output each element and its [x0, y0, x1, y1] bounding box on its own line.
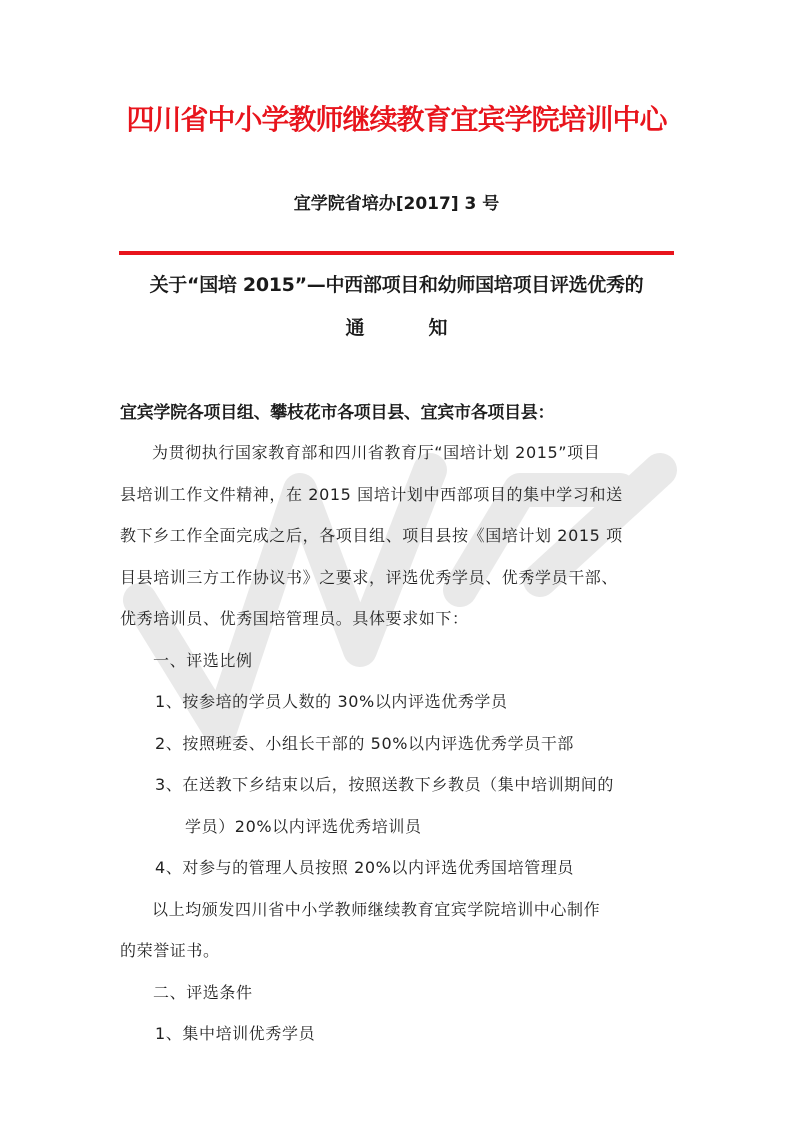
document-number: 宜学院省培办[2017] 3 号: [0, 189, 793, 214]
notice-title-char-2: 知: [429, 313, 448, 340]
list-item: 4、对参与的管理人员按照 20%以内评选优秀国培管理员: [155, 855, 574, 878]
list-item: 1、集中培训优秀学员: [155, 1021, 315, 1044]
paragraph-line: 以上均颁发四川省中小学教师继续教育宜宾学院培训中心制作: [152, 897, 600, 920]
paragraph-line: 目县培训三方工作协议书》之要求，评选优秀学员、优秀学员干部、: [120, 565, 618, 588]
organization-title: 四川省中小学教师继续教育宜宾学院培训中心: [0, 98, 793, 138]
paragraph-line: 的荣誉证书。: [120, 938, 220, 961]
paragraph-line: 县培训工作文件精神，在 2015 国培计划中西部项目的集中学习和送: [120, 482, 623, 505]
paragraph-line: 教下乡工作全面完成之后，各项目组、项目县按《国培计划 2015 项: [120, 523, 623, 546]
list-item: 1、按参培的学员人数的 30%以内评选优秀学员: [155, 689, 508, 712]
section-heading: 一、评选比例: [153, 648, 253, 671]
list-item: 3、在送教下乡结束以后，按照送教下乡教员（集中培训期间的: [155, 772, 614, 795]
paragraph-line: 为贯彻执行国家教育部和四川省教育厅“国培计划 2015”项目: [152, 440, 600, 463]
paragraph-line: 优秀培训员、优秀国培管理员。具体要求如下：: [120, 606, 469, 629]
document-page: 四川省中小学教师继续教育宜宾学院培训中心 宜学院省培办[2017] 3 号 关于…: [0, 0, 793, 1122]
section-heading: 二、评选条件: [153, 980, 253, 1003]
list-item: 2、按照班委、小组长干部的 50%以内评选优秀学员干部: [155, 731, 574, 754]
red-divider: [119, 251, 674, 255]
notice-title: 关于“国培 2015”—中西部项目和幼师国培项目评选优秀的: [119, 270, 674, 297]
notice-title-line2: 通知: [0, 313, 793, 340]
list-item-continuation: 学员）20%以内评选优秀培训员: [185, 814, 422, 837]
notice-title-char-1: 通: [345, 313, 364, 340]
addressee: 宜宾学院各项目组、攀枝花市各项目县、宜宾市各项目县：: [120, 398, 554, 423]
